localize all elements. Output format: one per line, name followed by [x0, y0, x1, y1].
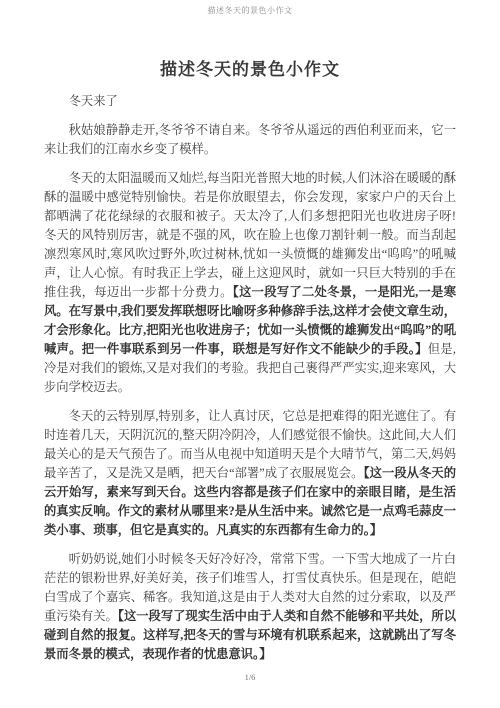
text-segment: 秋姑娘静静走开,冬爷爷不请自来。冬爷爷从遥远的西伯利亚而来，它一来让我们的江南水…: [44, 123, 456, 156]
paragraph: 冬天的云特别厚,特别多，让人真讨厌，它总是把难得的阳光遮住了。有时连着几天，天阴…: [44, 407, 456, 540]
text-segment: 冬天来了: [69, 94, 118, 108]
paragraph: 冬天来了: [44, 92, 456, 111]
document-page: 描述冬天的景色小作文 描述冬天的景色小作文 冬天来了秋姑娘静静走开,冬爷爷不请自…: [0, 0, 500, 708]
paragraph: 秋姑娘静静走开,冬爷爷不请自来。冬爷爷从遥远的西伯利亚而来，它一来让我们的江南水…: [44, 121, 456, 159]
paragraph: 冬天的太阳温暖而又灿烂,每当阳光普照大地的时候,人们沐浴在暖暖的酥酥的温暖中感觉…: [44, 169, 456, 397]
paragraph: 听奶奶说,她们小时候冬天好冷好冷，常常下雪。一下雪大地成了一片白茫茫的银粉世界,…: [44, 550, 456, 664]
page-number-indicator: 1/6: [0, 672, 500, 682]
running-header: 描述冬天的景色小作文: [0, 5, 500, 16]
document-body: 冬天来了秋姑娘静静走开,冬爷爷不请自来。冬爷爷从遥远的西伯利亚而来，它一来让我们…: [44, 92, 456, 664]
text-segment: 冬天的太阳温暖而又灿烂,每当阳光普照大地的时候,人们沐浴在暖暖的酥酥的温暖中感觉…: [44, 171, 456, 299]
